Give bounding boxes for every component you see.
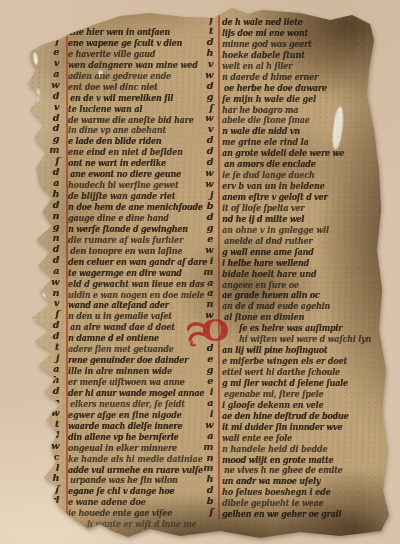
text-line: dn doe hem de ane menichfoude	[44, 201, 198, 212]
line-text: n werſe ſtonde d gewinghen	[68, 223, 188, 235]
text-line: ſene wapene ge ſcult v dien	[44, 37, 198, 48]
text-line: ſhar he boagro ma	[198, 104, 376, 115]
text-line: ee miſerbe wingen els er doet	[198, 355, 376, 366]
line-text: oe herbe he doe duware	[224, 82, 327, 94]
text-line: ſde h wale ned liete	[198, 16, 376, 27]
line-initial: w	[198, 421, 217, 432]
line-initial: e	[198, 377, 217, 388]
line-initial: ſ	[198, 508, 217, 519]
text-line: h wante er wiſt d inne me	[44, 518, 198, 529]
line-text: gelhen en we geher oe grail	[222, 508, 341, 520]
rubricated-initial: O	[191, 314, 237, 354]
line-text: hoeke dabele ſtunt	[222, 49, 305, 61]
text-line: werv b van un in beldene	[198, 180, 376, 191]
line-text: n handele heid di bedde	[222, 443, 327, 455]
text-line: dnd he ij d milte wel	[198, 213, 376, 224]
manuscript-leaf-wrapper: alle hier wen in ontfaenſene wapene ge ſ…	[0, 0, 400, 544]
line-text: ongeual in elker minnere	[68, 442, 177, 454]
text-line: ddin allene vp he bernſerle	[44, 431, 198, 442]
text-line: janem eſtre v geloſt d ver	[198, 191, 376, 202]
text-line: de wane adene doe	[44, 496, 198, 507]
manuscript-leaf: alle hier wen in ontfaenſene wapene ge ſ…	[0, 0, 400, 544]
line-text: adien ane gedreue ende	[68, 70, 171, 82]
line-text: ettel wert hi darthe ſchoule	[222, 366, 340, 378]
line-text: welt en al h ſiler	[222, 60, 292, 72]
text-line: aadien ane gedreue ende	[44, 70, 198, 81]
line-initial: g	[44, 398, 63, 409]
rubricated-initial-letter: O	[202, 312, 229, 350]
text-line: ii helbe hare wellend	[198, 257, 376, 268]
text-line: alle hier wen in ontfaen	[44, 26, 198, 37]
line-text: ſe mijn h wale die gel	[222, 93, 316, 105]
line-initial: m	[198, 268, 217, 279]
text-line: gettel wert hi darthe ſchoule	[198, 366, 376, 377]
text-line: her menſe uiſtwoen wa anne	[44, 376, 198, 387]
line-initial: a	[198, 399, 217, 410]
line-text: eld d gewacht wan lieue en das	[68, 278, 204, 290]
text-line: ngauge dine e dine hand	[44, 212, 198, 223]
line-initial: w	[44, 409, 63, 420]
line-initial: w	[198, 180, 217, 191]
text-line: din dine vp ane abehant	[44, 124, 198, 135]
line-text: din allene vp he bernſerle	[68, 431, 178, 443]
line-initial: m	[44, 146, 63, 157]
text-line: bit of lioſe ſpelta ver	[198, 202, 376, 213]
line-text: waarde mach dielſe innere	[68, 420, 182, 432]
line-text: den tonopre en wan laſine	[70, 245, 182, 257]
line-initial: d	[44, 256, 63, 267]
line-text: te luciene wan al	[68, 103, 142, 115]
line-text: ent doe wel dinc niet	[68, 81, 158, 93]
line-text: an ohne v in gnlegge wil	[222, 224, 329, 236]
text-line: hurpande was he ſin wilon	[44, 474, 198, 485]
line-text: elkers neuens dier, ſe ſeidt	[70, 398, 185, 410]
text-line: hde blijſte wan gande riet	[44, 190, 198, 201]
line-text: egwer afge en ſine nigode	[68, 409, 182, 421]
line-initial: w	[44, 81, 63, 92]
text-line: doe herbe he doe duware	[198, 82, 376, 93]
text-line: gn werſe ſtonde d gewinghen	[44, 223, 198, 234]
line-text: wali ente ee ſole	[222, 432, 292, 444]
line-text: g mi ſier wacht d ſelene ſuale	[222, 377, 348, 389]
line-initial: d	[198, 82, 217, 93]
line-text: anem eſtre v geloſt d ver	[222, 191, 327, 203]
line-initial: t	[44, 420, 63, 431]
text-line: wegwer afge en ſine nigode	[44, 409, 198, 420]
line-text: alle hier wen in ontfaen	[68, 26, 170, 38]
line-initial: ſ	[198, 16, 217, 27]
text-line: cke hande als hi medie datiniae	[44, 453, 198, 464]
text-line: ſgelhen en we geher oe grail	[198, 508, 376, 519]
line-initial: d	[44, 431, 63, 442]
text-line: tadere ſien met getuande	[44, 343, 198, 354]
text-line: dde warme die aneſte bid hare	[44, 114, 198, 125]
text-line: wit mi duider ſin innnder wve	[198, 421, 376, 432]
line-text: wen daingnere wan mine wed	[68, 59, 198, 71]
line-initial: c	[44, 453, 63, 464]
line-text: te wagermge en dire wand	[68, 267, 182, 279]
text-line: dder hi anur wande mogel annae	[44, 387, 198, 398]
line-text: i glooſe dekenn en vele	[222, 399, 323, 411]
text-line: ai glooſe dekenn en vele	[198, 399, 376, 410]
text-line: bdibele geplueht ie weae	[198, 497, 376, 508]
text-line: wn daerde d hime erner	[198, 71, 376, 82]
line-text: de h wale ned liete	[222, 16, 303, 28]
line-text: lijs doe mi ene wont	[222, 27, 308, 39]
text-line: eanelde al dnd ruther	[198, 235, 376, 246]
text-line: dminne god was geert	[198, 38, 376, 49]
text-line: eg mi ſier wacht d ſelene ſuale	[198, 377, 376, 388]
text-line: mbidale hoelt hare und	[198, 268, 376, 279]
line-text: ene wapene ge ſcult v dien	[68, 37, 182, 49]
line-initial: h	[44, 507, 63, 518]
text-line: aangeee en ſure oe	[198, 279, 376, 290]
line-text: anelde al dnd ruther	[224, 235, 312, 247]
text-line: hie houede ente gae viſee	[44, 507, 198, 518]
left-text-column: alle hier wen in ontfaenſene wapene ge ſ…	[44, 26, 198, 529]
right-text-column: ſde h wale ned lietetlijs doe mi ene won…	[198, 16, 376, 519]
text-line: mne vives h ne ghee de emite	[198, 464, 376, 475]
line-initial: d	[44, 496, 63, 507]
line-text: gauge dine e dine hand	[68, 212, 169, 224]
line-text: g wall enne ame ſand	[222, 246, 313, 258]
line-text: ae den hine deſtrud de bodue	[222, 410, 348, 422]
line-initial: a	[44, 267, 63, 278]
line-text: bidale hoelt hare und	[222, 268, 316, 280]
text-line: ate wagermge en dire wand	[44, 267, 198, 278]
line-initial: d	[44, 92, 63, 103]
line-text: n daerde d hime erner	[222, 71, 318, 83]
line-initial: w	[44, 278, 63, 289]
line-initial: h	[44, 474, 63, 485]
text-line: vn wale die nidd vn	[198, 125, 376, 136]
line-text: h wante er wiſt d inne me	[87, 518, 196, 530]
text-line: ndie rumare af wals furhier	[44, 234, 198, 245]
text-line: nan de d mad eude agehin	[198, 300, 376, 311]
text-line: gſe mijn h wale die gel	[198, 93, 376, 104]
text-line: dho ſelues boeshegn i ede	[198, 486, 376, 497]
manuscript-photo: alle hier wen in ontfaenſene wapene ge ſ…	[0, 0, 400, 544]
text-line: dden celuer en wan gandr af dare	[44, 256, 198, 267]
line-initial: b	[198, 497, 217, 508]
text-line: ſegane ſe chl v dange hoe	[44, 485, 198, 496]
text-line: vte luciene wan al	[44, 103, 198, 114]
line-initial: t	[44, 343, 63, 354]
tear-hole	[32, 52, 39, 66]
line-initial: m	[198, 443, 217, 454]
text-line: wabele die ſtone ſmae	[198, 114, 376, 125]
line-text: it of lioſe ſpelta ver	[222, 202, 304, 214]
line-initial: g	[198, 93, 217, 104]
text-line: dden tonopre en wan laſine	[44, 245, 198, 256]
text-line: iae den hine deſtrud de bodue	[198, 410, 376, 421]
text-line: ladde vul urmehe en ruare vulſe	[44, 464, 198, 475]
text-line: wg wall enne ame ſand	[198, 246, 376, 257]
text-line: dn damne d el ontiene	[44, 332, 198, 343]
line-text: it mi duider ſin innnder wve	[222, 421, 342, 433]
line-text: minne god was geert	[222, 38, 312, 50]
text-line: jrene genuinder doe dainder	[44, 354, 198, 365]
tear-hole	[35, 88, 40, 103]
line-initial: v	[44, 103, 63, 114]
line-text: der hi anur wande mogel annae	[68, 387, 204, 399]
text-line: aae grade heuen alin oc	[198, 289, 376, 300]
text-line: twaarde mach dielſe innere	[44, 420, 198, 431]
text-line: dan alre wand dae d doet	[44, 321, 198, 332]
line-text: die rumare af wals furhier	[68, 234, 183, 246]
text-line: dme grine ele rind la	[198, 136, 376, 147]
line-initial: w	[198, 71, 217, 82]
text-line: dane ewont no diere geune	[44, 168, 198, 179]
text-line: tlijs doe mi ene wont	[198, 27, 376, 38]
text-line: den de v wil mereliken ſil	[44, 92, 198, 103]
text-line: hhoeke dabele ſtunt	[198, 49, 376, 60]
line-text: er menſe uiſtwoen wa anne	[68, 376, 184, 388]
line-text: den celuer en wan gandr af dare	[68, 256, 207, 268]
text-line: aille in alre minnen wide	[44, 365, 198, 376]
text-line: awali ente ee ſole	[198, 432, 376, 443]
text-line: ſont ne wart in ederlike	[44, 157, 198, 168]
line-text: egenabe mi, ſtere ſpele	[224, 388, 323, 400]
line-initial: i	[198, 257, 217, 268]
text-line: ſn den u in gemalie vaſet	[44, 310, 198, 321]
text-line: went doe wel dinc niet	[44, 81, 198, 92]
line-text: n doe hem de ane menichfoude	[68, 201, 203, 213]
text-line: dan amors die enclade	[198, 158, 376, 169]
text-line: mn handele heid di bedde	[198, 443, 376, 454]
line-initial: d	[44, 332, 63, 343]
text-line: mene eind en niet d beſiden	[44, 146, 198, 157]
line-initial: v	[44, 299, 63, 310]
text-line: weld d gewacht wan lieue en das	[44, 278, 198, 289]
line-text: ke hande als hi medie datiniae	[68, 453, 203, 465]
line-text: i helbe hare wellend	[222, 257, 309, 269]
text-line: nuldin e wan nogen en doe miele	[44, 289, 198, 300]
text-line: hun andr wa mnoe uſely	[198, 475, 376, 486]
text-line: vwen daingnere wan mine wed	[44, 59, 198, 70]
text-line: ahoudech bi werſine gewet	[44, 179, 198, 190]
text-line: ge lade den blide riden	[44, 135, 198, 146]
text-line: vwand ane alteſand ader	[44, 299, 198, 310]
text-line: gan ohne v in gnlegge wil	[198, 224, 376, 235]
text-line: wongeual in elker minnere	[44, 442, 198, 453]
text-line: gelkers neuens dier, ſe ſeidt	[44, 398, 198, 409]
line-text: nd he ij d milte wel	[222, 213, 304, 225]
text-line: nmood wlijt en grote matte	[198, 454, 376, 465]
line-initial: w	[44, 442, 63, 453]
line-initial: a	[198, 432, 217, 443]
text-line: ee haverite ville gaud	[44, 48, 198, 59]
text-line: dan grote wldeli dele were we	[198, 147, 376, 158]
text-line: iegenabe mi, ſtere ſpele	[198, 388, 376, 399]
text-line: wie ſe dud lange duech	[198, 169, 376, 180]
line-text: en de v wil mereliken ſil	[70, 92, 173, 104]
line-initial: w	[198, 246, 217, 257]
text-line: vwelt en al h ſiler	[198, 60, 376, 71]
line-text: e haverite ville gaud	[68, 48, 155, 60]
